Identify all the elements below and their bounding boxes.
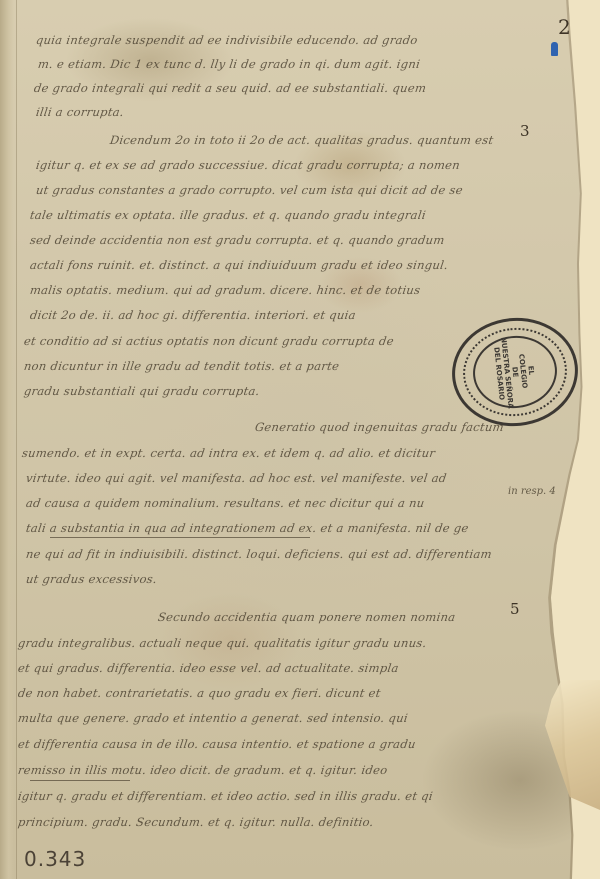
manuscript-line: quia integrale suspendit ad ee indivisib… (35, 33, 419, 47)
manuscript-line: igitur q. et ex se ad grado successiue. … (35, 158, 461, 172)
manuscript-line: tale ultimatis ex optata. ille gradus. e… (29, 208, 427, 222)
catalog-number: 0.343 (24, 847, 86, 871)
manuscript-line: Secundo accidentia quam ponere nomen nom… (157, 610, 456, 624)
manuscript-line: tali a substantia in qua ad integratione… (25, 521, 470, 535)
manuscript-line: ne qui ad fit in indiuisibili. distinct.… (25, 547, 493, 561)
manuscript-line: dicit 2o de. ii. ad hoc gi. differentia.… (29, 308, 357, 322)
manuscript-line: malis optatis. medium. qui ad gradum. di… (29, 283, 421, 297)
manuscript-line: de grado integrali qui redit a seu quid.… (33, 81, 427, 95)
manuscript-line: sumendo. et in expt. certa. ad intra ex.… (21, 446, 436, 460)
manuscript-line: ad causa a quidem nominalium. resultans.… (25, 496, 426, 510)
manuscript-line: actali fons ruinit. et. distinct. a qui … (29, 258, 449, 272)
curled-paper-corner (545, 680, 600, 810)
manuscript-line: ut gradus constantes a grado corrupto. v… (35, 183, 464, 197)
manuscript-line: m. e etiam. Dic 1 ex tunc d. lly li de g… (37, 57, 421, 71)
section-marker-5: 5 (510, 600, 520, 618)
manuscript-line: Dicendum 2o in toto ii 2o de act. qualit… (109, 133, 494, 147)
ink-underline (30, 780, 130, 781)
manuscript-line: et differentia causa in de illo. causa i… (17, 737, 417, 751)
spine-shadow (0, 0, 14, 879)
manuscript-line: virtute. ideo qui agit. vel manifesta. a… (25, 471, 448, 485)
page-number: 2 (558, 15, 571, 39)
library-stamp: EL COLEGIO DE NUESTRA SEÑORA DEL ROSARIO (447, 312, 584, 433)
manuscript-line: et qui gradus. differentia. ideo esse ve… (17, 661, 400, 675)
manuscript-line: multa que genere. grado et intentio a ge… (17, 711, 409, 725)
margin-note: in resp. 4 (508, 486, 556, 497)
manuscript-line: remisso in illis motu. ideo dicit. de gr… (17, 763, 388, 777)
manuscript-line: de non habet. contrarietatis. a quo grad… (17, 686, 382, 700)
manuscript-line: ut gradus excessivos. (25, 572, 158, 586)
manuscript-page: 2 3 5 in resp. 4 quia integrale suspendi… (0, 0, 600, 879)
manuscript-line: et conditio ad si actius optatis non dic… (23, 334, 395, 348)
manuscript-line: illi a corrupta. (35, 105, 125, 119)
manuscript-line: igitur q. gradu et differentiam. et ideo… (17, 789, 434, 803)
manuscript-line: gradu integralibus. actuali neque qui. q… (17, 636, 428, 650)
section-marker-3: 3 (520, 122, 530, 140)
ink-underline (50, 537, 310, 538)
stamp-text: EL COLEGIO DE NUESTRA SEÑORA DEL ROSARIO (491, 334, 538, 410)
manuscript-line: principium. gradu. Secundum. et q. igitu… (17, 815, 375, 829)
manuscript-line: sed deinde accidentia non est gradu corr… (29, 233, 446, 247)
manuscript-line: non dicuntur in ille gradu ad tendit tot… (23, 359, 340, 373)
manuscript-line: gradu substantiali qui gradu corrupta. (23, 384, 261, 398)
manuscript-line: Generatio quod ingenuitas gradu factum (254, 420, 505, 434)
blue-ink-mark (551, 42, 558, 56)
